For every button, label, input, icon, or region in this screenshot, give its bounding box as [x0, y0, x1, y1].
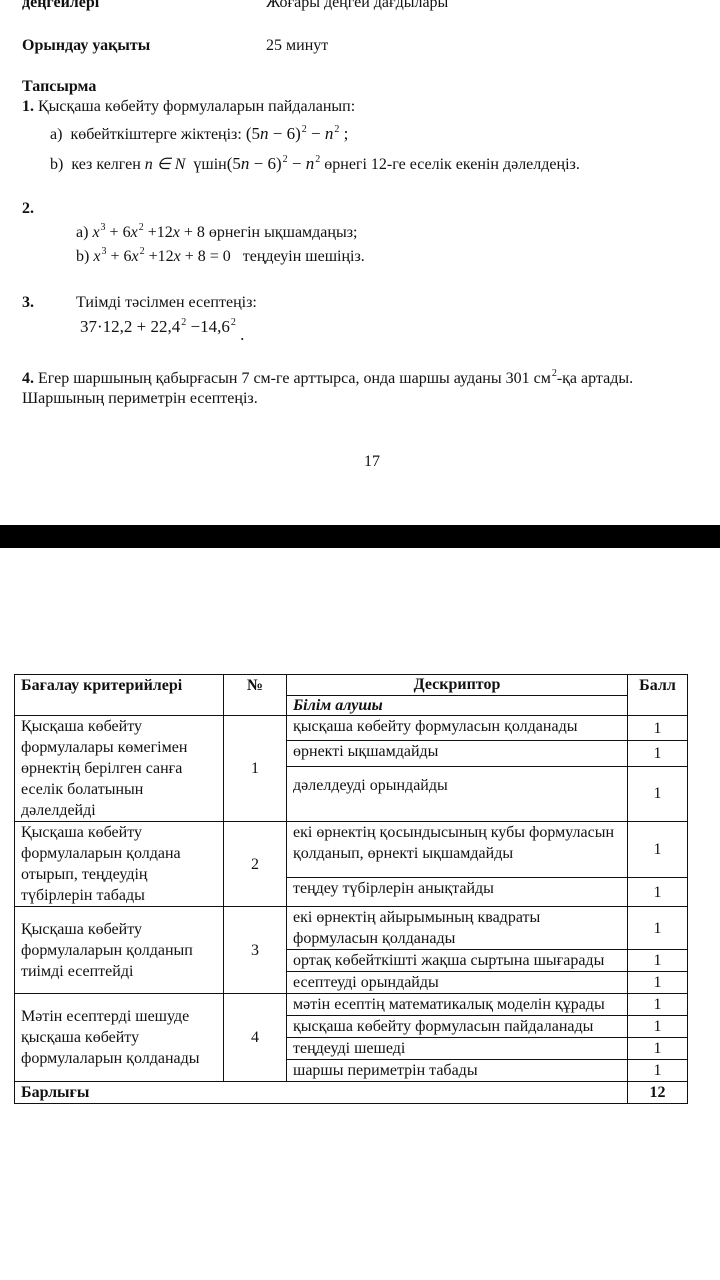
total-row: Барлығы12 [15, 1082, 688, 1104]
score-cell: 1 [628, 878, 688, 907]
total-score: 12 [628, 1082, 688, 1104]
criterion-number-cell: 4 [224, 994, 287, 1082]
header-descriptor-sub: Білім алушы [287, 696, 628, 716]
header-number: № [224, 675, 287, 716]
criterion-cell: Қысқаша көбейту формулаларын қолдана оты… [15, 822, 224, 907]
page-separator-bar [0, 525, 720, 548]
task1-b-text-for: үшін [193, 156, 226, 173]
descriptor-cell: теңдеу түбірлерін анықтайды [287, 878, 628, 907]
rubric-table: Бағалау критерийлері № Дескриптор Балл Б… [14, 674, 688, 1104]
table-row: Қысқаша көбейту формулаларын қолданып ти… [15, 907, 688, 950]
criterion-cell: Қысқаша көбейту формулаларын қолданып ти… [15, 907, 224, 994]
table-row: Мәтін есептерді шешуде қысқаша көбейту ф… [15, 994, 688, 1016]
task4-line1-sup: 2 [552, 368, 557, 379]
header-value-levels: Жоғары деңгей дағдылары [266, 0, 448, 12]
descriptor-cell: есептеуді орындайды [287, 972, 628, 994]
total-label: Барлығы [15, 1082, 628, 1104]
header-criteria: Бағалау критерийлері [15, 675, 224, 716]
task4-line1-pre: Егер шаршының қабырғасын 7 см-ге арттырс… [38, 370, 551, 387]
header-score: Балл [628, 675, 688, 716]
criterion-number-cell: 2 [224, 822, 287, 907]
task3-expr: 37·12,2 + 22,42 −14,62 . [80, 317, 244, 337]
descriptor-cell: шаршы периметрін табады [287, 1060, 628, 1082]
descriptor-cell: теңдеуді шешеді [287, 1038, 628, 1060]
score-cell: 1 [628, 994, 688, 1016]
header-descriptor: Дескриптор [287, 675, 628, 696]
descriptor-cell: өрнекті ықшамдайды [287, 741, 628, 766]
descriptor-cell: екі өрнектің қосындысының кубы формуласы… [287, 822, 628, 878]
descriptor-cell: мәтін есептің математикалық моделін құра… [287, 994, 628, 1016]
task1-a-text: көбейткіштерге жіктеңіз: [70, 126, 241, 143]
task1-a-expr: (5n − 6)2 − n2 ; [246, 124, 349, 143]
criterion-number-cell: 1 [224, 716, 287, 822]
score-cell: 1 [628, 972, 688, 994]
task2-number: 2. [22, 200, 34, 218]
task4-line1: 4. Егер шаршының қабырғасын 7 см-ге артт… [22, 370, 633, 388]
task1-b-label: b) [50, 156, 63, 173]
rubric-header-row: Бағалау критерийлері № Дескриптор Балл [15, 675, 688, 696]
descriptor-cell: екі өрнектің айырымының квадраты формула… [287, 907, 628, 950]
descriptor-cell: қысқаша көбейту формуласын қолданады [287, 716, 628, 741]
task2-a: a) x3 + 6x2 +12x + 8 өрнегін ықшамдаңыз; [76, 224, 357, 242]
task2-b-label: b) [76, 248, 89, 265]
task-heading: Тапсырма [22, 78, 96, 96]
task1-intro-text: Қысқаша көбейту формулаларын пайдаланып: [38, 98, 355, 115]
task1-b: b) кез келген n ∈ N үшін(5n − 6)2 − n2 ө… [50, 154, 580, 174]
task1-a: a) көбейткіштерге жіктеңіз: (5n − 6)2 − … [50, 124, 348, 144]
score-cell: 1 [628, 950, 688, 972]
score-cell: 1 [628, 716, 688, 741]
task3-number: 3. [22, 294, 34, 312]
score-cell: 1 [628, 1016, 688, 1038]
task4-number: 4. [22, 370, 34, 387]
task3-text: Тиімді тәсілмен есептеңіз: [76, 294, 257, 312]
task2-b-expr: x3 + 6x2 +12x + 8 = 0 [93, 248, 230, 265]
task2-a-expr: x3 + 6x2 +12x + 8 [92, 224, 204, 241]
criterion-cell: Мәтін есептерді шешуде қысқаша көбейту ф… [15, 994, 224, 1082]
page-number: 17 [364, 453, 380, 471]
descriptor-cell: ортақ көбейткішті жақша сыртына шығарады [287, 950, 628, 972]
task1-b-expr: (5n − 6)2 − n2 [227, 154, 321, 173]
score-cell: 1 [628, 1060, 688, 1082]
score-cell: 1 [628, 1038, 688, 1060]
table-row: Қысқаша көбейту формулаларын қолдана оты… [15, 822, 688, 878]
task2-a-label: a) [76, 224, 88, 241]
score-cell: 1 [628, 822, 688, 878]
task1-b-text-post: өрнегі 12-ге еселік екенін дәлелдеңіз. [324, 156, 580, 173]
task1-number: 1. [22, 98, 34, 115]
score-cell: 1 [628, 766, 688, 821]
criterion-number-cell: 3 [224, 907, 287, 994]
descriptor-cell: қысқаша көбейту формуласын пайдаланады [287, 1016, 628, 1038]
task4-line1-post: -қа артады. [557, 370, 633, 387]
task2-b: b) x3 + 6x2 +12x + 8 = 0 теңдеуін шешіңі… [76, 248, 365, 266]
header-label-levels: деңгейлері [22, 0, 99, 12]
task1-b-set: n ∈ N [145, 156, 186, 173]
header-value-time: 25 минут [266, 37, 328, 55]
task1-b-text-pre: кез келген [71, 156, 140, 173]
score-cell: 1 [628, 907, 688, 950]
descriptor-cell: дәлелдеуді орындайды [287, 766, 628, 821]
task4-line2: Шаршының периметрін есептеңіз. [22, 390, 258, 408]
task1-intro: 1. Қысқаша көбейту формулаларын пайдалан… [22, 98, 355, 116]
task2-a-text: өрнегін ықшамдаңыз; [209, 224, 358, 241]
table-row: Қысқаша көбейту формулалары көмегімен өр… [15, 716, 688, 741]
task2-b-text: теңдеуін шешіңіз. [243, 248, 365, 265]
criterion-cell: Қысқаша көбейту формулалары көмегімен өр… [15, 716, 224, 822]
score-cell: 1 [628, 741, 688, 766]
task1-a-label: a) [50, 126, 62, 143]
header-label-time: Орындау уақыты [22, 37, 150, 55]
